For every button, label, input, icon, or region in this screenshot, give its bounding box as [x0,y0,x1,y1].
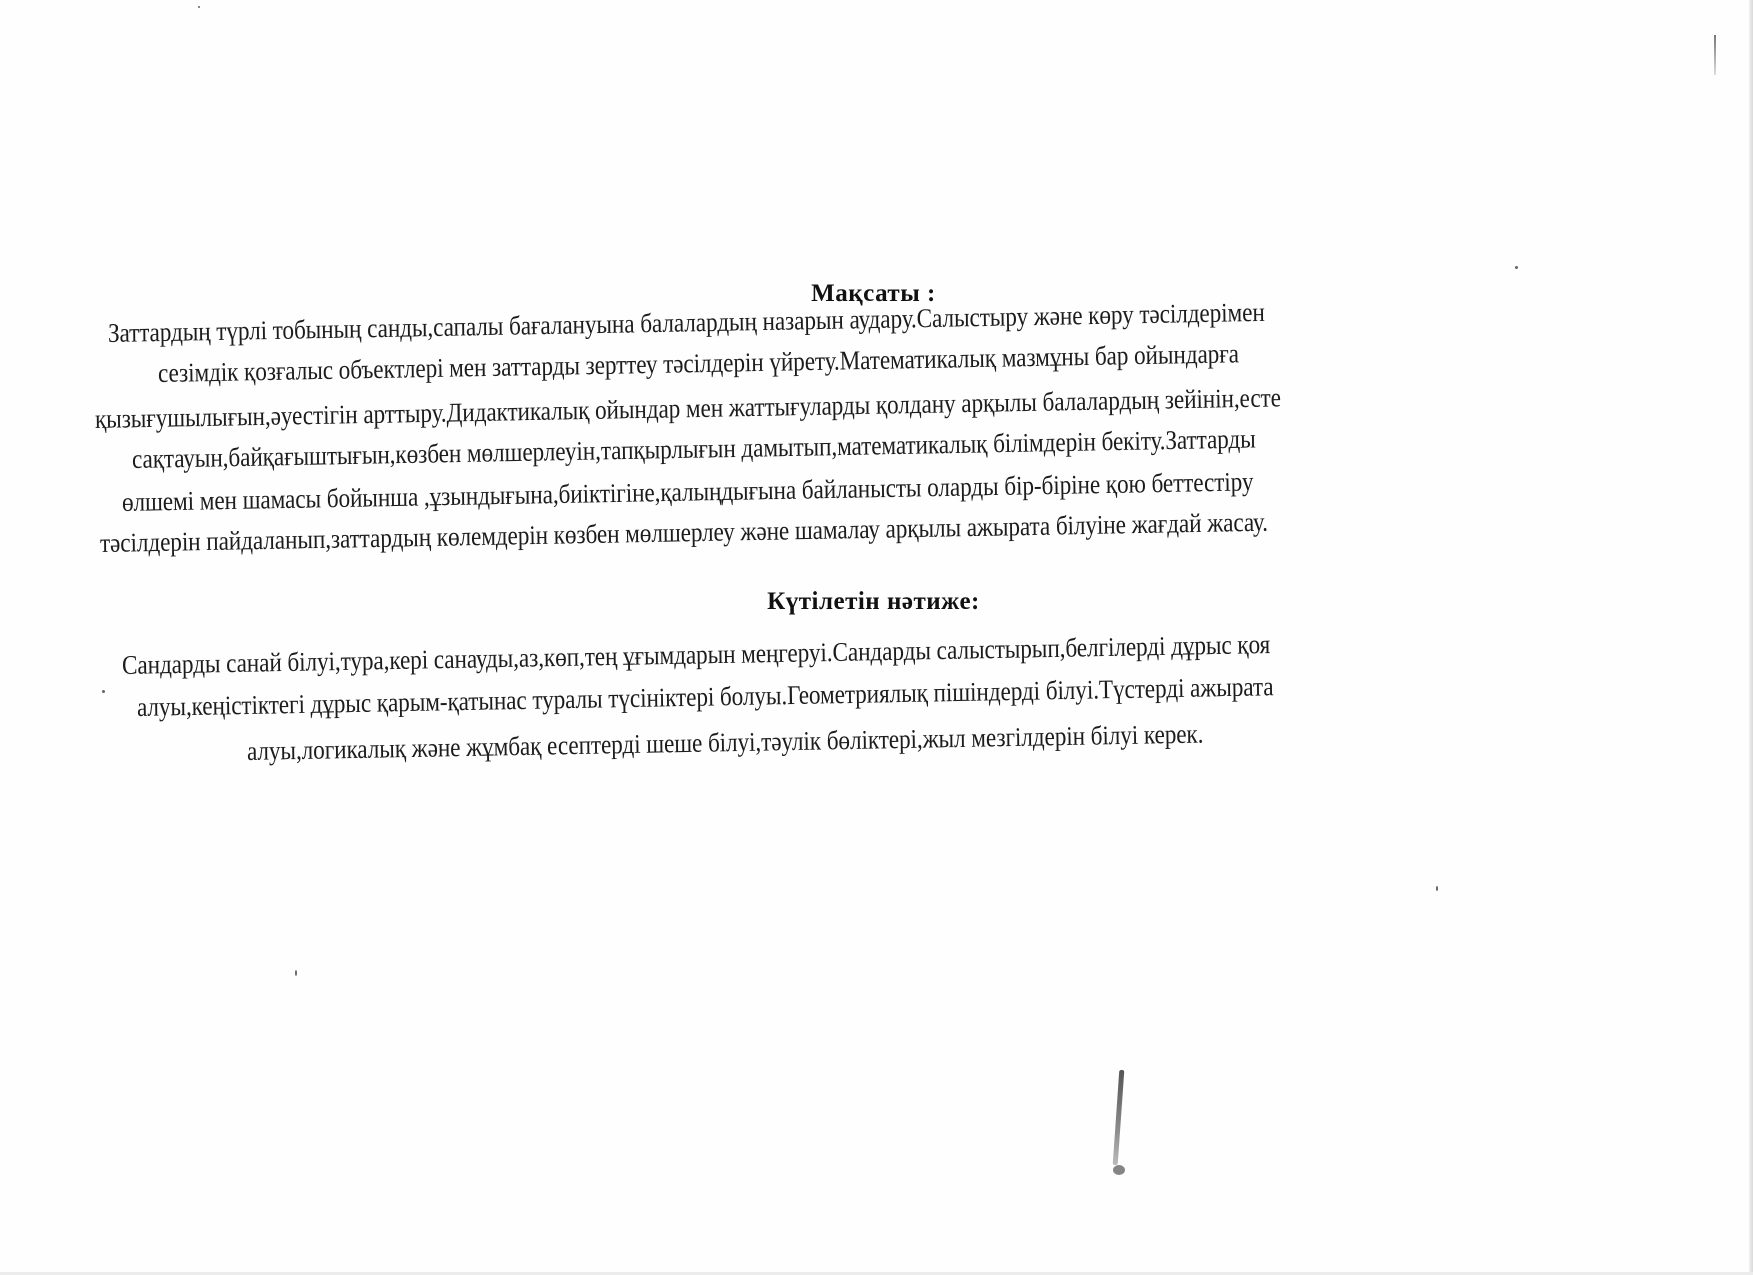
results-line: алуы,логикалық және жұмбақ есептерді шеш… [247,719,1204,767]
results-line: алуы,кеңістіктегі дұрыс қарым-қатынас ту… [137,671,1274,723]
scan-speck [102,690,105,693]
scan-speck [1515,266,1518,269]
scan-speck [295,970,297,976]
page-edge-right [1749,0,1753,1275]
mark-stem [1113,1070,1125,1165]
scan-artifact-mark [1714,35,1716,75]
scan-artifact-mark [1113,1070,1127,1195]
mark-blob [1113,1165,1125,1175]
scan-speck [198,6,200,8]
scanned-page: Мақсаты : Заттардың түрлі тобының санды,… [0,0,1753,1275]
results-line: Сандарды санай білуі,тура,кері санауды,а… [122,629,1271,681]
expected-results-heading: Күтілетін нәтиже: [0,588,1750,616]
scan-speck [1436,886,1438,891]
goals-line: сезімдік қозғалыс объектлері мен заттард… [158,338,1239,389]
